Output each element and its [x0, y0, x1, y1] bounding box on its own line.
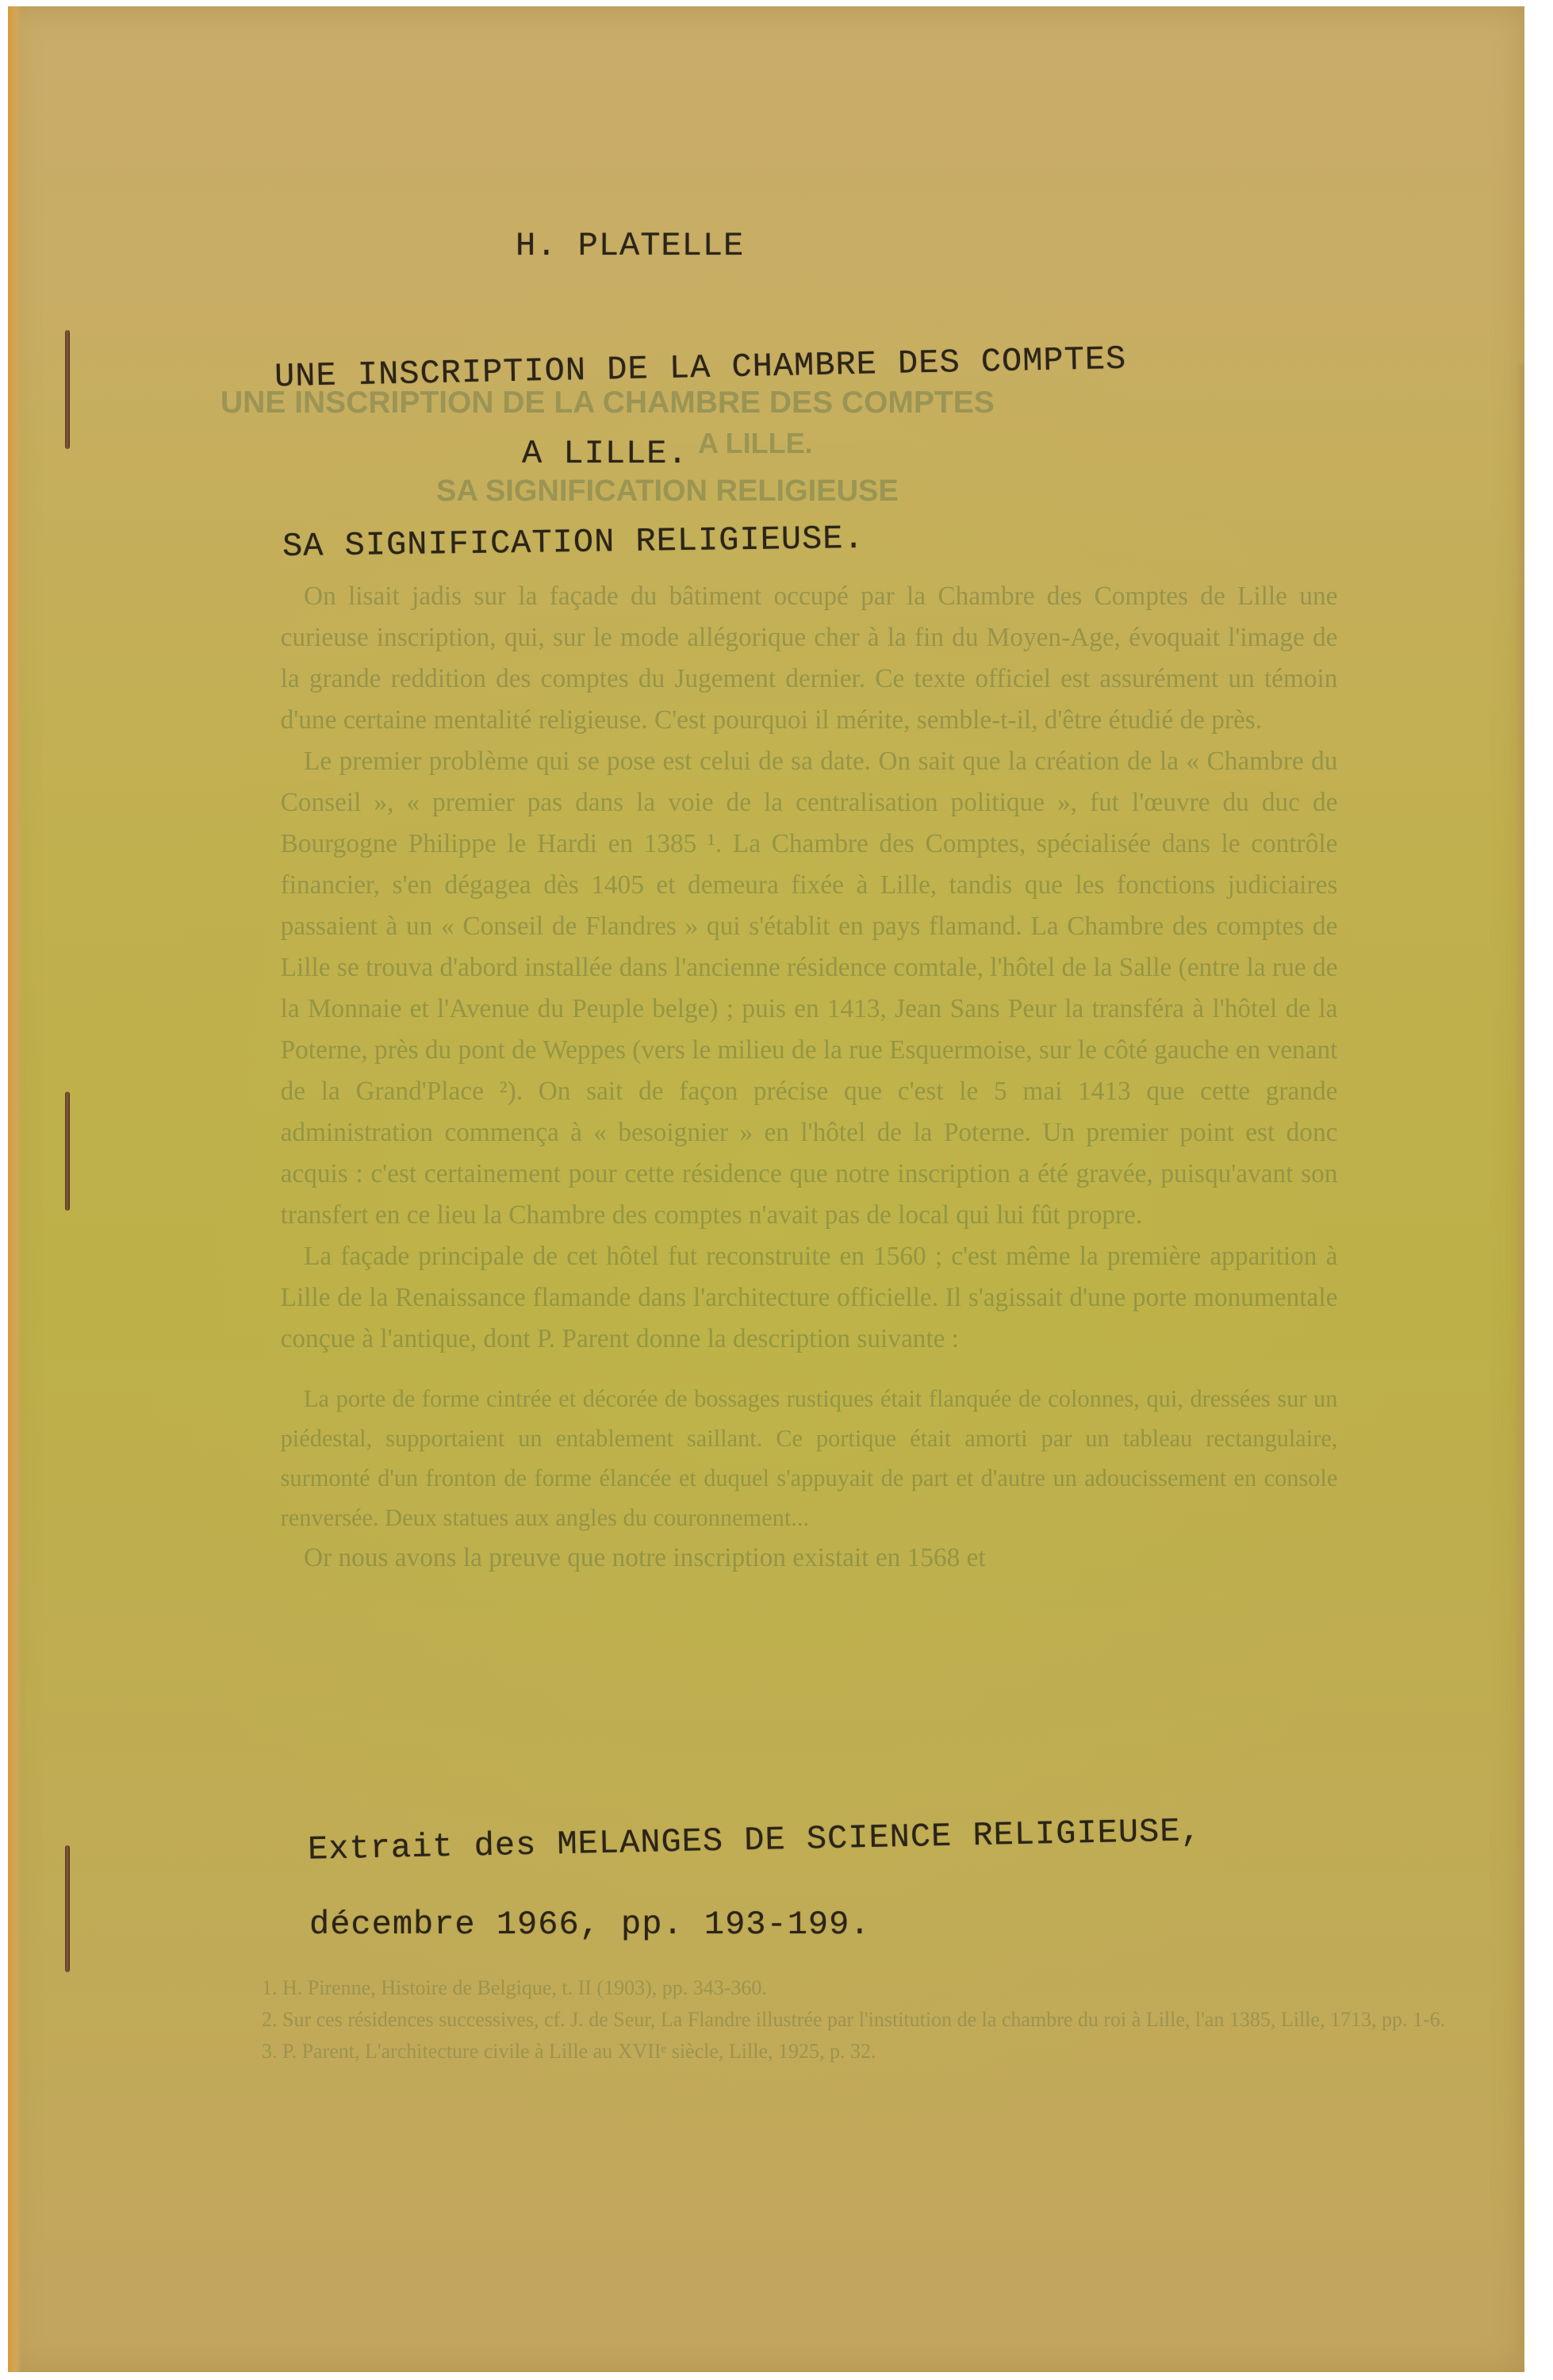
- staple-icon: [65, 1092, 70, 1211]
- title-line3: SA SIGNIFICATION RELIGIEUSE.: [282, 520, 865, 566]
- extract-date-pages: décembre 1966, pp. 193-199.: [309, 1906, 871, 1944]
- spine-edge: [8, 6, 22, 2372]
- bleed-footnote: 3. P. Parent, L'architecture civile à Li…: [262, 2036, 1356, 2067]
- title-line2: A LILLE.: [522, 435, 688, 473]
- bleed-paragraph: La façade principale de cet hôtel fut re…: [281, 1236, 1338, 1360]
- bleed-footnote: 1. H. Pirenne, Histoire de Belgique, t. …: [262, 1972, 1356, 2004]
- page-edge: [1515, 363, 1524, 2363]
- bleed-paragraph: On lisait jadis sur la façade du bâtimen…: [281, 576, 1338, 741]
- bleed-paragraph: Le premier problème qui se pose est celu…: [281, 741, 1338, 1236]
- bleed-closing: Or nous avons la preuve que notre inscri…: [281, 1537, 1338, 1579]
- author-name: H. PLATELLE: [516, 227, 744, 265]
- bleed-quote: La porte de forme cintrée et décorée de …: [281, 1379, 1338, 1537]
- bleed-footnotes: 1. H. Pirenne, Histoire de Belgique, t. …: [262, 1972, 1356, 2067]
- extract-source: Extrait des MELANGES DE SCIENCE RELIGIEU…: [308, 1812, 1202, 1869]
- bleed-footnote: 2. Sur ces résidences successives, cf. J…: [262, 2004, 1356, 2036]
- booklet-cover: UNE INSCRIPTION DE LA CHAMBRE DES COMPTE…: [8, 6, 1524, 2372]
- bleed-body: On lisait jadis sur la façade du bâtimen…: [281, 576, 1338, 1579]
- staple-icon: [65, 1845, 70, 1972]
- bleed-title-line2: A LILLE.: [698, 427, 813, 460]
- staple-icon: [65, 330, 70, 449]
- bleed-title-line3: SA SIGNIFICATION RELIGIEUSE: [436, 474, 899, 509]
